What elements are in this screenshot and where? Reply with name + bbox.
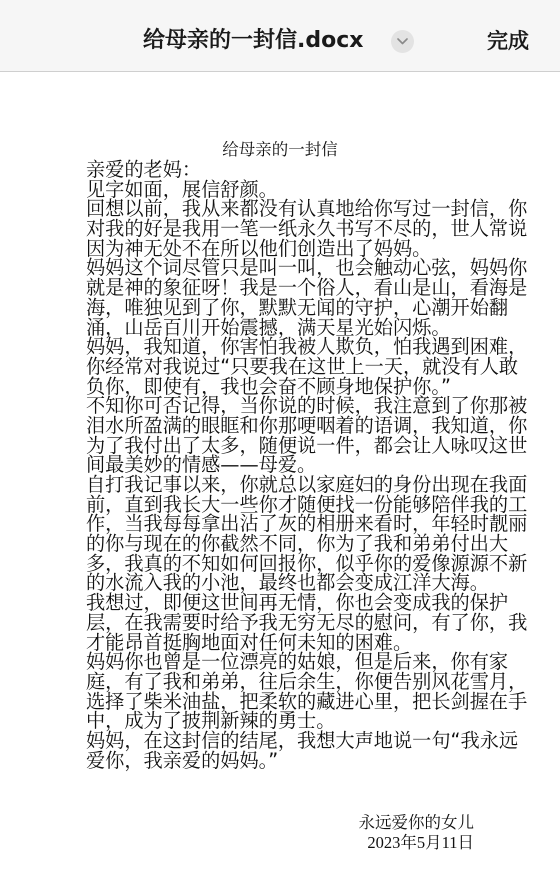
body-line: 你经常对我说过“只要我在这世上一天，就没有人敢: [86, 357, 478, 377]
body-line: 对我的好是我用一笔一纸永久书写不尽的，世人常说: [86, 219, 478, 239]
document-page: 给母亲的一封信 亲爱的老妈： 见字如面，展信舒颜。 回想以前，我从来都没有认真地…: [0, 73, 560, 878]
body-line: 我想过，即便这世间再无情，你也会变成我的保护: [86, 593, 478, 613]
letter-title: 给母亲的一封信: [0, 139, 560, 161]
body-line: 中，成为了披荆新辣的勇士。: [86, 711, 478, 731]
chevron-down-icon: [397, 38, 408, 45]
body-line: 不知你可否记得，当你说的时候，我注意到了你那被: [86, 396, 478, 416]
body-line: 就是神的象征呀！我是一个俗人，看山是山，看海是: [86, 278, 478, 298]
body-line: 爱你，我亲爱的妈妈。”: [86, 751, 478, 771]
done-button[interactable]: 完成: [487, 26, 529, 56]
body-line: 的你与现在的你截然不同，你为了我和弟弟付出大: [86, 534, 478, 554]
body-line: 泪水所盈满的眼眶和你那哽咽着的语调，我知道，你: [86, 416, 478, 436]
file-options-button[interactable]: [391, 30, 414, 53]
body-line: 妈妈，在这封信的结尾，我想大声地说一句“我永远: [86, 731, 478, 751]
letter-body: 亲爱的老妈： 见字如面，展信舒颜。 回想以前，我从来都没有认真地给你写过一封信，…: [86, 160, 478, 770]
letter-signature-block: 永远爱你的女儿 2023年5月11日: [359, 813, 475, 853]
file-name-title: 给母亲的一封信.docx: [143, 26, 363, 56]
body-line: 妈妈，我知道，你害怕我被人欺负，怕我遇到困难，: [86, 337, 478, 357]
body-line: 庭，有了我和弟弟，往后余生，你便告别风花雪月，: [86, 672, 478, 692]
document-header: 给母亲的一封信.docx 完成: [0, 0, 560, 72]
body-line: 妈妈你也曾是一位漂亮的姑娘，但是后来，你有家: [86, 652, 478, 672]
body-line: 层，在我需要时给予我无穷无尽的慰问，有了你，我: [86, 613, 478, 633]
signature-name: 永远爱你的女儿: [359, 813, 475, 833]
body-line: 海，唯独见到了你，默默无闻的守护，心潮开始翻: [86, 298, 478, 318]
body-line: 自打我记事以来，你就总以家庭妇的身份出现在我面: [86, 475, 478, 495]
signature-date: 2023年5月11日: [359, 833, 475, 853]
body-line: 亲爱的老妈：: [86, 160, 478, 180]
